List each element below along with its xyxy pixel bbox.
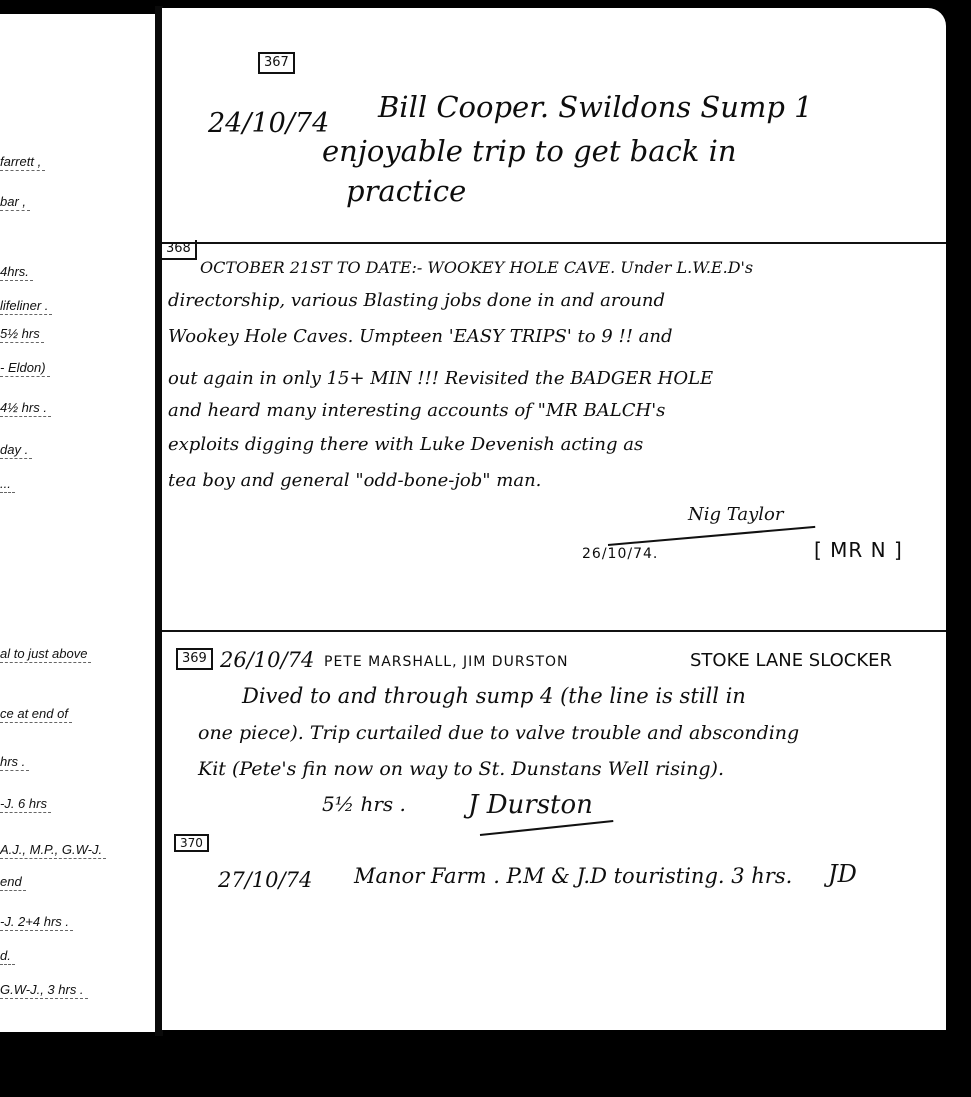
entry-line: Manor Farm . P.M & J.D touristing. 3 hrs…: [354, 864, 792, 888]
facing-fragment: al to just above: [0, 646, 91, 663]
scanned-logbook: farrett , bar , 4hrs. lifeliner . 5½ hrs…: [0, 0, 971, 1097]
entry-date: 26/10/74: [220, 648, 314, 672]
entry-duration: 5½ hrs .: [322, 792, 406, 816]
signature: J Durston: [468, 790, 593, 820]
entry-line: OCTOBER 21ST TO DATE:- WOOKEY HOLE CAVE.…: [200, 258, 753, 277]
entry-line: one piece). Trip curtailed due to valve …: [198, 722, 799, 744]
facing-fragment: ce at end of: [0, 706, 72, 723]
facing-fragment: 4hrs.: [0, 264, 33, 281]
entry-number: 369: [176, 648, 213, 670]
facing-fragment: 5½ hrs: [0, 326, 44, 343]
facing-fragment: 4½ hrs .: [0, 400, 51, 417]
facing-fragment: d.: [0, 948, 15, 965]
entry-line: exploits digging there with Luke Devenis…: [168, 434, 643, 455]
signed-date: 26/10/74.: [582, 546, 658, 562]
entry-line: directorship, various Blasting jobs done…: [168, 290, 665, 311]
signature: JD: [828, 860, 857, 888]
entry-line: and heard many interesting accounts of "…: [168, 400, 665, 421]
entry-line: enjoyable trip to get back in: [322, 134, 737, 168]
entry-line: Kit (Pete's fin now on way to St. Dunsta…: [198, 758, 724, 780]
entry-date: 24/10/74: [208, 108, 329, 139]
facing-fragment: day .: [0, 442, 32, 459]
entry-number: 367: [258, 52, 295, 74]
entry-line: practice: [346, 174, 466, 208]
facing-fragment: lifeliner .: [0, 298, 52, 315]
entry-number: 368: [162, 240, 197, 260]
entry-cave: STOKE LANE SLOCKER: [690, 650, 892, 671]
signature-tag: [ MR N ]: [814, 538, 903, 562]
signature-underline: [608, 526, 815, 546]
entry-people: PETE MARSHALL, JIM DURSTON: [324, 654, 568, 670]
facing-fragment: farrett ,: [0, 154, 45, 171]
logbook-page: 367 24/10/74 Bill Cooper. Swildons Sump …: [162, 8, 946, 1030]
facing-page-strip: farrett , bar , 4hrs. lifeliner . 5½ hrs…: [0, 14, 155, 1032]
entry-divider: [162, 242, 946, 244]
entry-date: 27/10/74: [218, 868, 312, 892]
facing-fragment: A.J., M.P., G.W-J.: [0, 842, 106, 859]
facing-fragment: ...: [0, 476, 15, 493]
facing-fragment: hrs .: [0, 754, 29, 771]
facing-fragment: -J. 2+4 hrs .: [0, 914, 73, 931]
facing-fragment: end: [0, 874, 26, 891]
entry-line: Dived to and through sump 4 (the line is…: [242, 684, 746, 708]
entry-divider: [162, 630, 946, 632]
facing-fragment: G.W-J., 3 hrs .: [0, 982, 88, 999]
entry-line: tea boy and general "odd-bone-job" man.: [168, 470, 541, 491]
entry-line: Wookey Hole Caves. Umpteen 'EASY TRIPS' …: [168, 326, 673, 347]
entry-line: Bill Cooper. Swildons Sump 1: [378, 90, 813, 124]
signature-underline: [480, 820, 613, 836]
facing-fragment: -J. 6 hrs: [0, 796, 51, 813]
entry-line: out again in only 15+ MIN !!! Revisited …: [168, 368, 713, 389]
entry-number: 370: [174, 834, 209, 852]
facing-fragment: - Eldon): [0, 360, 50, 377]
signature: Nig Taylor: [688, 504, 783, 525]
facing-fragment: bar ,: [0, 194, 30, 211]
